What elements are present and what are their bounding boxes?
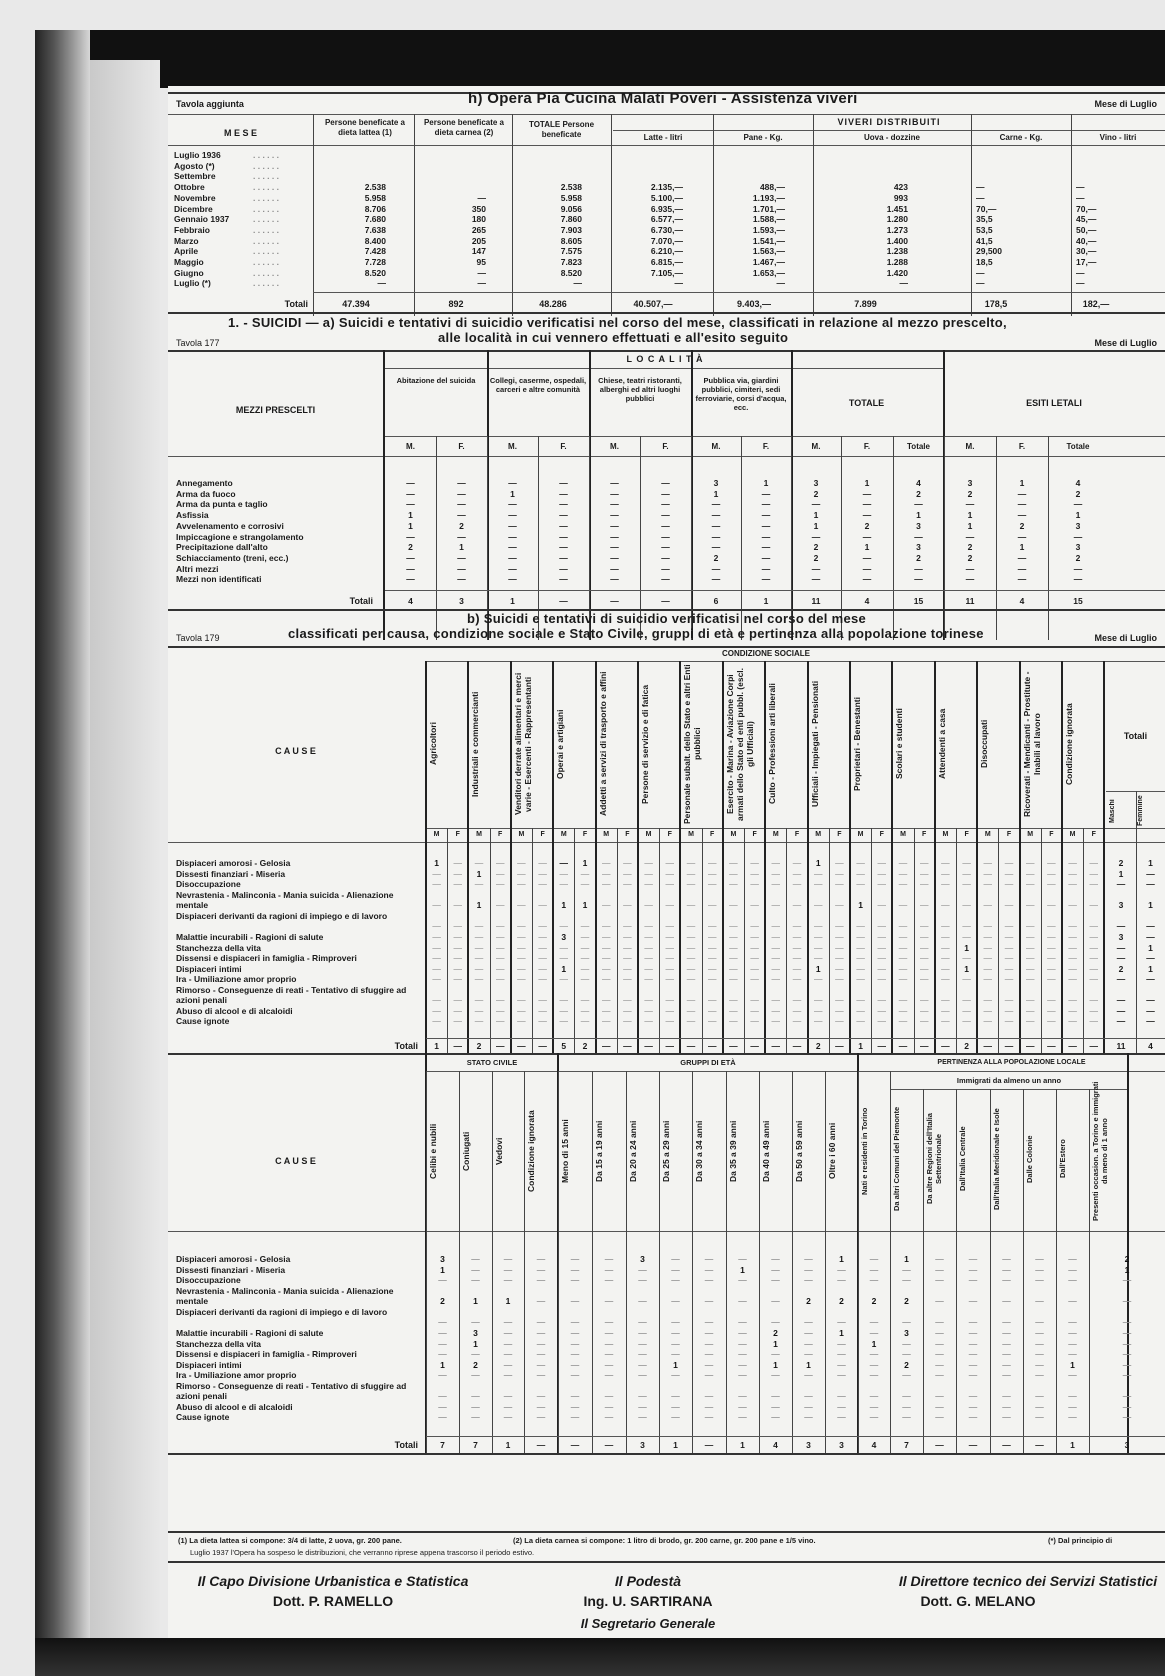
header-totale: TOTALE Persone beneficate (514, 120, 609, 140)
cond-value: — (935, 964, 956, 975)
cond-value: — (1062, 932, 1083, 943)
cond-total: — (490, 1041, 511, 1052)
cond-value: — (808, 953, 829, 964)
signature-center-title: Il Podestà (498, 1573, 798, 1589)
cond-value: — (765, 1016, 786, 1027)
column-rule (414, 114, 415, 316)
mezzo-label: Avvelenamento e corrosivi (176, 521, 284, 532)
mf-header: M (808, 830, 829, 841)
cond-value: — (447, 869, 468, 880)
value: — (944, 564, 996, 575)
leader-dots: . . . . . . (253, 257, 279, 268)
cond-value: — (829, 900, 850, 911)
cond-value: — (744, 953, 765, 964)
cond-value: — (1020, 964, 1041, 975)
cond-value: — (553, 1016, 574, 1027)
civ-value: — (858, 1391, 890, 1402)
civ-value: — (990, 1391, 1023, 1402)
cond-value: — (532, 1006, 553, 1017)
cond-value: — (1020, 921, 1041, 932)
cond-value: — (553, 943, 574, 954)
value-latte: 7.070,— (613, 236, 683, 247)
civ-value: — (759, 1254, 792, 1265)
cond-value: 1 (808, 964, 829, 975)
cond-value: — (892, 953, 913, 964)
mf-header: F (829, 830, 850, 841)
value-vino: — (1076, 278, 1106, 289)
cond-value: — (702, 869, 723, 880)
header-dieta-carnea: Persone beneficate a dieta carnea (2) (416, 118, 512, 138)
month-row-label: Gennaio 1937 (174, 214, 229, 225)
value: — (691, 564, 741, 575)
civ-value: — (592, 1265, 626, 1276)
femmine-value: — (1136, 1016, 1165, 1027)
cond-total: — (1062, 1041, 1083, 1052)
maschi-value: — (1106, 995, 1136, 1006)
civ-value: — (726, 1349, 759, 1360)
civ-value: — (426, 1317, 459, 1328)
cond-value: 1 (956, 943, 977, 954)
month-ref: Mese di Luglio (1094, 633, 1157, 643)
civ-value: — (1023, 1275, 1056, 1286)
value: — (538, 532, 589, 543)
civ-value: — (726, 1402, 759, 1413)
civ-value: — (692, 1328, 726, 1339)
civ-total: 7 (426, 1440, 459, 1451)
value-uova: 993 (813, 193, 908, 204)
cond-value: — (998, 995, 1019, 1006)
cond-value: — (765, 995, 786, 1006)
condizione-col-header: Attendenti a casa (937, 664, 975, 824)
civ-value: — (626, 1360, 659, 1371)
civ-value: — (659, 1402, 692, 1413)
civ-value: — (923, 1391, 956, 1402)
cond-value: — (596, 1016, 617, 1027)
civ-value: 3 (626, 1254, 659, 1265)
header-viveri: VIVERI DISTRIBUITI (613, 117, 1165, 127)
value: — (538, 499, 589, 510)
footnote-1: (1) La dieta lattea si compone: 3/4 di l… (178, 1536, 402, 1546)
value: 2 (944, 542, 996, 553)
civ-value: — (858, 1254, 890, 1265)
cond-value: — (426, 1016, 447, 1027)
header-chiese: Chiese, teatri ristoranti, alberghi ed a… (589, 376, 691, 403)
mf-header: M (511, 830, 532, 841)
value: — (385, 478, 436, 489)
value-lattea: 7.638 (316, 225, 386, 236)
value: — (893, 499, 944, 510)
civ-value: 1 (1056, 1360, 1089, 1371)
civ-value: — (726, 1339, 759, 1350)
tavola-label: Tavola aggiunta (176, 99, 244, 109)
cond-value: 1 (553, 964, 574, 975)
cond-value: — (490, 943, 511, 954)
civ-value: — (524, 1317, 558, 1328)
condizione-col-header: Esercito - Marina - Aviazione Corpi arma… (725, 664, 763, 824)
value: — (841, 510, 893, 521)
header-f: F. (538, 442, 589, 452)
value-latte: 6.730,— (613, 225, 683, 236)
cond-value: — (850, 1006, 871, 1017)
cond-value: — (829, 943, 850, 954)
civ-value: — (990, 1370, 1023, 1381)
value-uova: 1.288 (813, 257, 908, 268)
cond-value: — (638, 932, 659, 943)
eta-col-header: Oltre i 60 anni (827, 1076, 856, 1226)
mezzo-label: Arma da fuoco (176, 489, 236, 500)
civ-value: — (692, 1402, 726, 1413)
cond-value: — (871, 1006, 892, 1017)
cond-value: — (638, 921, 659, 932)
value: — (944, 532, 996, 543)
civ-value: — (1023, 1391, 1056, 1402)
value-vino: — (1076, 268, 1106, 279)
civ-value: — (923, 1360, 956, 1371)
mf-header: M (850, 830, 871, 841)
civ-value: — (659, 1296, 692, 1307)
civ-value: — (558, 1349, 592, 1360)
value-uova: 1.420 (813, 268, 908, 279)
value-totale: 7.903 (514, 225, 582, 236)
value: — (1048, 574, 1108, 585)
cond-value: — (553, 953, 574, 964)
cond-value: — (511, 1016, 532, 1027)
cond-value: 1 (426, 858, 447, 869)
cond-value: — (532, 953, 553, 964)
value: — (640, 521, 691, 532)
cond-value: — (998, 932, 1019, 943)
cond-value: — (1020, 932, 1041, 943)
civ-total: 1 (659, 1440, 692, 1451)
cond-value: — (829, 974, 850, 985)
civ-value: 3 (459, 1328, 492, 1339)
cond-value: — (1083, 1016, 1104, 1027)
maschi-value: — (1106, 1006, 1136, 1017)
value-vino: — (1076, 182, 1106, 193)
cond-value: — (574, 879, 595, 890)
value: — (589, 564, 640, 575)
value: — (791, 532, 841, 543)
divider (168, 842, 1165, 843)
value: 1 (944, 521, 996, 532)
cond-value: — (490, 869, 511, 880)
cond-total: 2 (468, 1041, 489, 1052)
value: 1 (944, 510, 996, 521)
civ-value: — (459, 1265, 492, 1276)
cond-value: — (680, 943, 701, 954)
cond-value: — (659, 879, 680, 890)
value: — (996, 564, 1048, 575)
condizione-col-header: Proprietari - Benestanti (852, 664, 890, 824)
value: 4 (1048, 478, 1108, 489)
scan-top-border (35, 30, 1165, 88)
cond-value: — (723, 1016, 744, 1027)
cond-value: — (426, 879, 447, 890)
totals-label: Totali (168, 299, 308, 309)
value: — (385, 564, 436, 575)
civ-value: — (1089, 1339, 1165, 1350)
civ-value: — (592, 1317, 626, 1328)
value: — (538, 542, 589, 553)
cond-value: — (744, 900, 765, 911)
civ-value: — (692, 1391, 726, 1402)
civ-total: 3 (1089, 1440, 1165, 1451)
value-lattea: — (316, 278, 386, 289)
header-f: F. (741, 442, 791, 452)
value: — (538, 574, 589, 585)
cond-value: — (553, 921, 574, 932)
cond-value: — (659, 869, 680, 880)
civ-value: 1 (858, 1339, 890, 1350)
civ-value: 1 (459, 1296, 492, 1307)
civ-value: — (956, 1296, 990, 1307)
value: 1 (385, 521, 436, 532)
cond-value: — (574, 1016, 595, 1027)
civ-value: — (759, 1391, 792, 1402)
header-cause: C A U S E (168, 1156, 423, 1166)
cond-total: — (829, 1041, 850, 1052)
value: — (589, 499, 640, 510)
value-carnea: — (416, 193, 486, 204)
mf-header: M (596, 830, 617, 841)
eta-col-header: Da 15 a 19 anni (594, 1076, 624, 1226)
header-maschi: Maschi (1108, 794, 1136, 828)
civ-value: — (558, 1339, 592, 1350)
cond-value: — (490, 1016, 511, 1027)
cond-value: — (1062, 858, 1083, 869)
civ-value: — (558, 1265, 592, 1276)
value: — (640, 542, 691, 553)
cond-value: — (786, 953, 807, 964)
cond-value: 1 (553, 900, 574, 911)
column-rule (611, 114, 612, 316)
civ-value: — (558, 1317, 592, 1328)
cond-value: — (765, 974, 786, 985)
value: — (1048, 532, 1108, 543)
cond-value: — (511, 900, 532, 911)
civ-value: — (825, 1360, 858, 1371)
cond-value: — (659, 964, 680, 975)
cond-value: — (659, 921, 680, 932)
mf-header: F (1083, 830, 1104, 841)
cond-value: — (617, 1006, 638, 1017)
civ-value: — (524, 1339, 558, 1350)
civ-value: — (492, 1391, 524, 1402)
divider (426, 661, 1165, 662)
cond-value: — (829, 995, 850, 1006)
cond-total: — (744, 1041, 765, 1052)
value-vino: 17,— (1076, 257, 1106, 268)
cond-value: — (574, 953, 595, 964)
civ-value: — (626, 1265, 659, 1276)
value: — (538, 478, 589, 489)
cond-value: — (426, 995, 447, 1006)
condizione-col-header: Condizione ignorata (1064, 664, 1102, 824)
cond-total: — (532, 1041, 553, 1052)
header-m: M. (791, 442, 841, 452)
cond-value: — (829, 964, 850, 975)
cond-value: — (1041, 974, 1062, 985)
value-pane: 1.193,— (713, 193, 785, 204)
subtable-title: b) Suicidi e tentativi di suicidio verif… (168, 614, 1165, 624)
civ-value: — (1089, 1370, 1165, 1381)
cond-total: — (1020, 1041, 1041, 1052)
value: — (538, 564, 589, 575)
cond-value: — (956, 953, 977, 964)
cond-value: — (426, 1006, 447, 1017)
value: — (841, 532, 893, 543)
cond-value: — (723, 974, 744, 985)
cond-value: — (850, 953, 871, 964)
civ-value: — (492, 1370, 524, 1381)
cond-value: — (850, 974, 871, 985)
header-tot: Totale (1048, 442, 1108, 452)
cond-value: — (490, 879, 511, 890)
cond-value: — (935, 869, 956, 880)
value: — (640, 478, 691, 489)
value: — (487, 478, 538, 489)
cond-value: — (914, 879, 935, 890)
cond-value: — (617, 974, 638, 985)
civ-value: 1 (726, 1265, 759, 1276)
cond-value: — (1062, 879, 1083, 890)
value: — (436, 510, 487, 521)
value: — (741, 532, 791, 543)
pertinenza-col-header: Dall'Estero (1058, 1092, 1087, 1226)
cond-value: — (511, 943, 532, 954)
cond-value: — (871, 995, 892, 1006)
mezzo-label: Altri mezzi (176, 564, 219, 575)
value: — (841, 489, 893, 500)
cond-value: — (956, 1016, 977, 1027)
civ-value: — (759, 1265, 792, 1276)
mezzo-label: Arma da punta e taglio (176, 499, 268, 510)
month-row-label: Marzo (174, 236, 199, 247)
cond-total: — (680, 1041, 701, 1052)
civ-total: 1 (726, 1440, 759, 1451)
cond-value: — (808, 900, 829, 911)
cond-value: — (1062, 964, 1083, 975)
leader-dots: . . . . . . (253, 246, 279, 257)
value: 1 (893, 510, 944, 521)
civ-value: — (626, 1349, 659, 1360)
cond-total: — (638, 1041, 659, 1052)
civ-value: — (558, 1370, 592, 1381)
value: 2 (1048, 553, 1108, 564)
mf-header: F (914, 830, 935, 841)
cond-value: — (426, 900, 447, 911)
cause-label: Disoccupazione (176, 1275, 424, 1286)
divider (426, 1436, 1165, 1437)
value-carnea: — (416, 268, 486, 279)
value-latte: 6.577,— (613, 214, 683, 225)
mf-header: M (680, 830, 701, 841)
civ-value: — (659, 1370, 692, 1381)
value-carne: 70,— (976, 204, 1006, 215)
civ-value: — (1023, 1339, 1056, 1350)
cond-value: — (596, 869, 617, 880)
cond-value: — (447, 932, 468, 943)
value-lattea: 8.706 (316, 204, 386, 215)
cond-value: — (871, 858, 892, 869)
cond-total: — (723, 1041, 744, 1052)
cond-value: — (574, 943, 595, 954)
signature-left-title: Il Capo Divisione Urbanistica e Statisti… (168, 1573, 498, 1589)
cond-value: — (914, 932, 935, 943)
cond-value: — (617, 953, 638, 964)
civ-value: 2 (426, 1296, 459, 1307)
condizione-col-header: Disoccupati (979, 664, 1017, 824)
cond-value: — (532, 932, 553, 943)
value: — (589, 489, 640, 500)
cause-label: Dispiaceri intimi (176, 964, 424, 975)
month-row-label: Febbraio (174, 225, 210, 236)
cond-value: 1 (850, 900, 871, 911)
cond-value: — (914, 869, 935, 880)
civ-value: — (492, 1265, 524, 1276)
civ-value: — (524, 1275, 558, 1286)
value: — (385, 553, 436, 564)
value: — (385, 489, 436, 500)
civ-value: — (1056, 1328, 1089, 1339)
cond-value: — (765, 869, 786, 880)
cond-value: — (977, 1006, 998, 1017)
cond-value: — (468, 953, 489, 964)
civ-value: 1 (492, 1296, 524, 1307)
cond-value: — (1041, 1016, 1062, 1027)
cond-value: — (596, 858, 617, 869)
cause-label: Nevrastenia - Malinconia - Mania suicida… (176, 890, 424, 911)
mezzo-label: Annegamento (176, 478, 233, 489)
cond-value: — (426, 974, 447, 985)
header-eta: GRUPPI DI ETÀ (558, 1058, 858, 1068)
civ-total: 4 (759, 1440, 792, 1451)
value: — (741, 553, 791, 564)
cond-value: — (596, 879, 617, 890)
value: — (640, 553, 691, 564)
value: 2 (791, 553, 841, 564)
cond-value: — (892, 921, 913, 932)
femmine-value: — (1136, 921, 1165, 932)
leader-dots: . . . . . . (253, 193, 279, 204)
cond-value: — (892, 995, 913, 1006)
cond-value: — (638, 995, 659, 1006)
cond-value: — (596, 995, 617, 1006)
cond-value: — (829, 869, 850, 880)
cond-value: — (596, 921, 617, 932)
scan-binding-shadow (35, 30, 90, 1670)
civ-value: — (923, 1402, 956, 1413)
header-collegi: Collegi, caserme, ospedali, carceri e al… (487, 376, 589, 394)
cond-value: — (808, 1006, 829, 1017)
value-carne: — (976, 268, 1006, 279)
value: — (538, 521, 589, 532)
divider (385, 590, 1165, 591)
value: 2 (893, 489, 944, 500)
cond-value: — (744, 974, 765, 985)
cond-value: — (617, 943, 638, 954)
mf-header: M (765, 830, 786, 841)
civ-value: — (759, 1275, 792, 1286)
cond-total: — (765, 1041, 786, 1052)
value: — (436, 532, 487, 543)
cond-total: — (511, 1041, 532, 1052)
value: — (538, 553, 589, 564)
civ-value: 1 (426, 1360, 459, 1371)
cond-value: — (998, 921, 1019, 932)
cond-value: — (702, 1006, 723, 1017)
cond-value: — (659, 932, 680, 943)
